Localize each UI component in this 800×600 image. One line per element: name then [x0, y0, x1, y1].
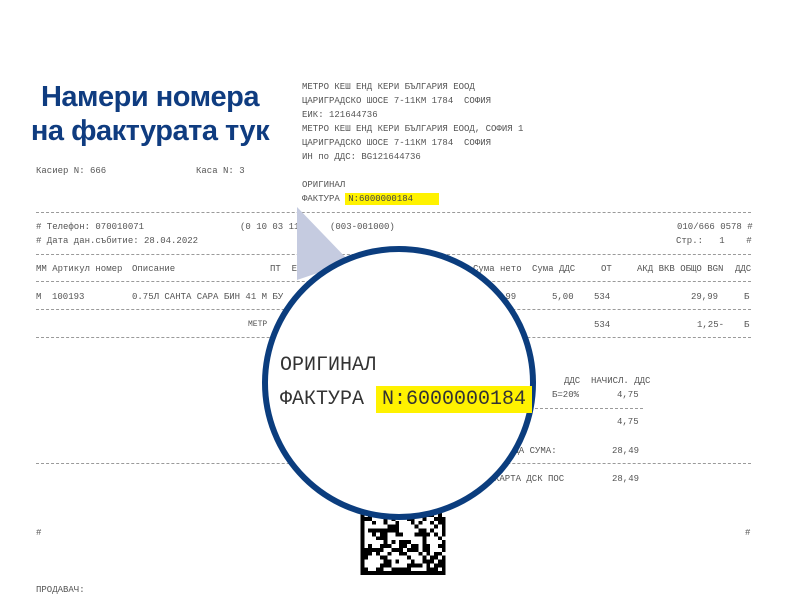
magnifier-circle: ОРИГИНАЛ ФАКТУРА N:6000000184 [262, 246, 536, 520]
magnified-invoice-label: ФАКТУРА [280, 388, 364, 411]
magnified-original-label: ОРИГИНАЛ [280, 354, 376, 377]
magnified-invoice-number: N:6000000184 [376, 386, 532, 413]
magnified-invoice-line: ФАКТУРА N:6000000184 [280, 388, 532, 411]
